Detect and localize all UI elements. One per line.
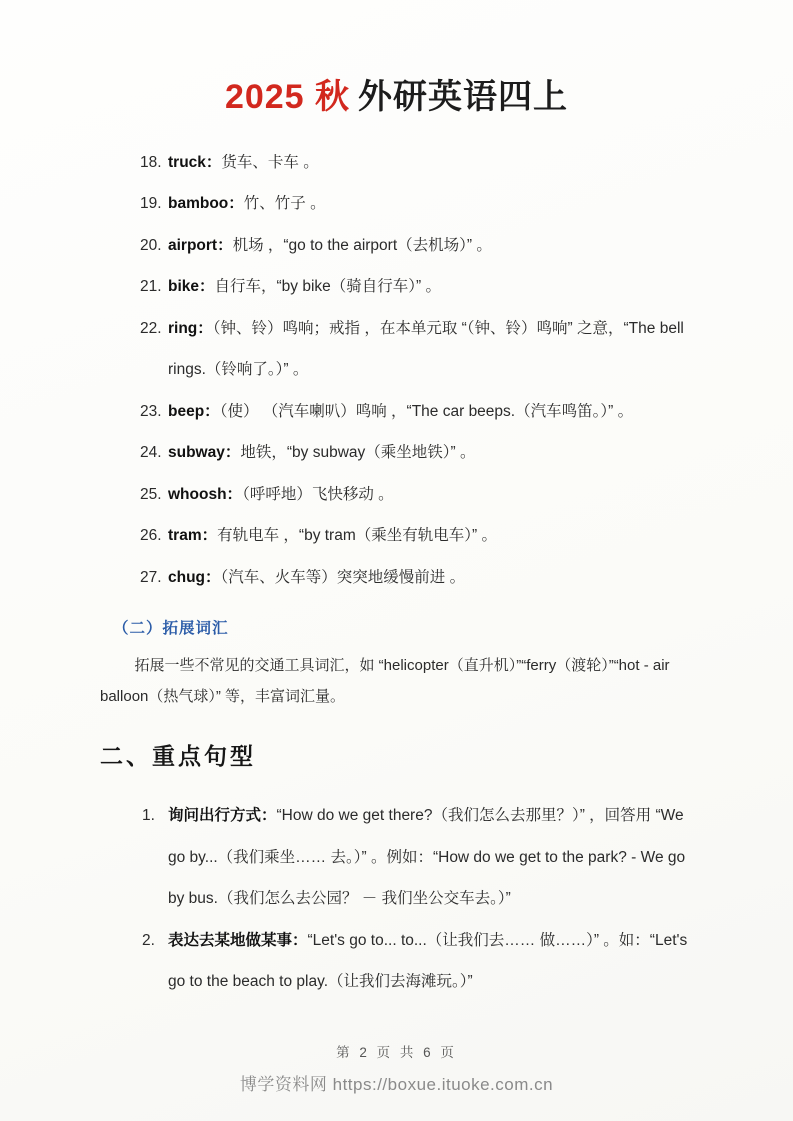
vocab-list: 18. truck：货车、卡车 。 19. bamboo：竹、竹子 。 20. … bbox=[140, 142, 688, 599]
item-number: 19. bbox=[140, 183, 168, 225]
item-number: 25. bbox=[140, 474, 168, 516]
vocab-definition: （使） （汽车喇叭）鸣响 ，“The car beeps.（汽车鸣笛。）” 。 bbox=[220, 403, 633, 420]
vocab-body: beep：（使） （汽车喇叭）鸣响 ，“The car beeps.（汽车鸣笛。… bbox=[168, 391, 688, 433]
vocab-item-19: 19. bamboo：竹、竹子 。 bbox=[140, 183, 688, 225]
vocab-definition: （钟、铃）鸣响；戒指 ，在本单元取 “（钟、铃）鸣响” 之意，“The bell… bbox=[168, 320, 684, 379]
vocab-body: bamboo：竹、竹子 。 bbox=[168, 183, 688, 225]
vocab-item-25: 25. whoosh：（呼呼地）飞快移动 。 bbox=[140, 474, 688, 516]
vocab-definition: 机场 ，“go to the airport（去机场）” 。 bbox=[233, 237, 492, 254]
sentence-body: 表达去某地做某事：“Let's go to... to...（让我们去…… 做…… bbox=[168, 920, 698, 1003]
sentence-body: 询问出行方式：“How do we get there?（我们怎么去那里？）” … bbox=[168, 795, 698, 920]
sentence-pattern-list: 1. 询问出行方式：“How do we get there?（我们怎么去那里？… bbox=[142, 795, 698, 1003]
vocab-word: tram： bbox=[168, 527, 217, 544]
vocab-body: chug：（汽车、火车等）突突地缓慢前进 。 bbox=[168, 557, 688, 599]
vocab-definition: （汽车、火车等）突突地缓慢前进 。 bbox=[221, 569, 466, 586]
sentence-item-2: 2. 表达去某地做某事：“Let's go to... to...（让我们去……… bbox=[142, 920, 698, 1003]
vocab-item-26: 26. tram：有轨电车 ，“by tram（乘坐有轨电车）” 。 bbox=[140, 515, 688, 557]
page-footer: 第 2 页 共 6 页 博学资料网 https://boxue.ituoke.c… bbox=[0, 1041, 793, 1095]
item-number: 1. bbox=[142, 795, 168, 920]
vocab-item-27: 27. chug：（汽车、火车等）突突地缓慢前进 。 bbox=[140, 557, 688, 599]
sentence-item-1: 1. 询问出行方式：“How do we get there?（我们怎么去那里？… bbox=[142, 795, 698, 920]
vocab-body: bike：自行车，“by bike（骑自行车）” 。 bbox=[168, 266, 688, 308]
vocab-item-18: 18. truck：货车、卡车 。 bbox=[140, 142, 688, 184]
vocab-word: chug： bbox=[168, 569, 221, 586]
vocab-definition: 竹、竹子 。 bbox=[244, 195, 326, 212]
vocab-item-21: 21. bike：自行车，“by bike（骑自行车）” 。 bbox=[140, 266, 688, 308]
item-number: 24. bbox=[140, 432, 168, 474]
vocab-word: beep： bbox=[168, 403, 220, 420]
document-page: 2025 秋外研英语四上 18. truck：货车、卡车 。 19. bambo… bbox=[0, 0, 793, 1121]
title-year-season: 2025 秋 bbox=[225, 78, 350, 116]
vocab-body: ring：（钟、铃）鸣响；戒指 ，在本单元取 “（钟、铃）鸣响” 之意，“The… bbox=[168, 308, 688, 391]
expand-vocab-heading: （二）拓展词汇 bbox=[113, 616, 793, 638]
vocab-word: bike： bbox=[168, 278, 215, 295]
item-number: 23. bbox=[140, 391, 168, 433]
vocab-item-20: 20. airport：机场 ，“go to the airport（去机场）”… bbox=[140, 225, 688, 267]
vocab-item-22: 22. ring：（钟、铃）鸣响；戒指 ，在本单元取 “（钟、铃）鸣响” 之意，… bbox=[140, 308, 688, 391]
vocab-definition: 货车、卡车 。 bbox=[221, 154, 318, 171]
item-number: 21. bbox=[140, 266, 168, 308]
vocab-word: bamboo： bbox=[168, 195, 244, 212]
vocab-item-23: 23. beep：（使） （汽车喇叭）鸣响 ，“The car beeps.（汽… bbox=[140, 391, 688, 433]
key-sentences-heading: 二、重点句型 bbox=[100, 738, 793, 771]
vocab-word: airport： bbox=[168, 237, 233, 254]
item-number: 2. bbox=[142, 920, 168, 1003]
vocab-definition: 有轨电车 ，“by tram（乘坐有轨电车）” 。 bbox=[217, 527, 497, 544]
sentence-label: 表达去某地做某事： bbox=[168, 932, 308, 949]
item-number: 20. bbox=[140, 225, 168, 267]
item-number: 27. bbox=[140, 557, 168, 599]
page-title: 2025 秋外研英语四上 bbox=[0, 23, 793, 119]
title-book-name: 外研英语四上 bbox=[358, 78, 568, 116]
page-number-indicator: 第 2 页 共 6 页 bbox=[0, 1041, 793, 1061]
vocab-word: ring： bbox=[168, 320, 213, 337]
vocab-body: truck：货车、卡车 。 bbox=[168, 142, 688, 184]
item-number: 22. bbox=[140, 308, 168, 391]
vocab-word: whoosh： bbox=[168, 486, 242, 503]
expand-vocab-paragraph: 拓展一些不常见的交通工具词汇，如 “helicopter（直升机）”“ferry… bbox=[100, 650, 693, 712]
vocab-body: subway：地铁，“by subway（乘坐地铁）” 。 bbox=[168, 432, 688, 474]
vocab-item-24: 24. subway：地铁，“by subway（乘坐地铁）” 。 bbox=[140, 432, 688, 474]
source-site-text: 博学资料网 https://boxue.ituoke.com.cn bbox=[0, 1070, 793, 1095]
vocab-definition: 自行车，“by bike（骑自行车）” 。 bbox=[215, 278, 442, 295]
vocab-word: truck： bbox=[168, 154, 221, 171]
vocab-definition: 地铁，“by subway（乘坐地铁）” 。 bbox=[240, 444, 475, 461]
sentence-label: 询问出行方式： bbox=[168, 807, 277, 824]
item-number: 26. bbox=[140, 515, 168, 557]
vocab-body: whoosh：（呼呼地）飞快移动 。 bbox=[168, 474, 688, 516]
vocab-body: tram：有轨电车 ，“by tram（乘坐有轨电车）” 。 bbox=[168, 515, 688, 557]
vocab-word: subway： bbox=[168, 444, 240, 461]
vocab-body: airport：机场 ，“go to the airport（去机场）” 。 bbox=[168, 225, 688, 267]
vocab-definition: （呼呼地）飞快移动 。 bbox=[242, 486, 394, 503]
item-number: 18. bbox=[140, 142, 168, 184]
